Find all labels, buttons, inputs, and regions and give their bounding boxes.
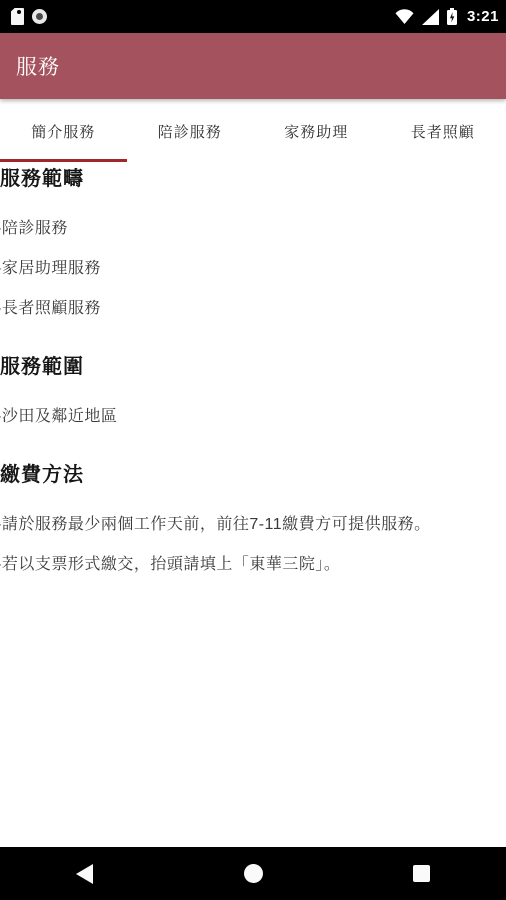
cell-signal-icon — [422, 9, 439, 25]
tab-label: 家務助理 — [284, 121, 348, 142]
tab-label: 長者照顧 — [411, 121, 475, 142]
note-notification-icon — [11, 8, 24, 25]
tab-label: 簡介服務 — [31, 121, 95, 142]
app-bar: 服務 — [0, 33, 506, 99]
list-item: -長者照顧服務 — [0, 299, 498, 318]
list-item: -陪診服務 — [0, 219, 498, 238]
section-heading: 繳費方法 — [0, 463, 498, 487]
tab-escort-services[interactable]: 陪診服務 — [127, 99, 254, 163]
status-bar-clock: 3:21 — [467, 8, 499, 25]
section-service-area: 服務範圍 -沙田及鄰近地區 — [0, 355, 498, 426]
app-screen: 3:21 服務 簡介服務 陪診服務 家務助理 長者照顧 服務範疇 -陪診服務 -… — [0, 0, 506, 900]
recents-button[interactable] — [337, 847, 506, 900]
back-icon — [76, 864, 93, 884]
wifi-icon — [395, 9, 414, 25]
list-item: -請於服務最少兩個工作天前，前往7-11繳費方可提供服務。 — [0, 515, 498, 534]
list-item: -若以支票形式繳交，抬頭請填上「東華三院」。 — [0, 555, 498, 574]
list-item: -沙田及鄰近地區 — [0, 407, 498, 426]
recents-icon — [413, 865, 430, 882]
tab-label: 陪診服務 — [158, 121, 222, 142]
tab-intro-services[interactable]: 簡介服務 — [0, 99, 127, 163]
tab-elderly-care[interactable]: 長者照顧 — [380, 99, 506, 163]
home-icon — [244, 864, 263, 883]
ring-notification-icon — [32, 9, 47, 24]
section-heading: 服務範圍 — [0, 355, 498, 379]
home-button[interactable] — [169, 847, 338, 900]
status-bar-system-icons: 3:21 — [395, 8, 499, 25]
status-bar: 3:21 — [0, 0, 506, 33]
section-heading: 服務範疇 — [0, 167, 498, 191]
tab-home-helper[interactable]: 家務助理 — [253, 99, 380, 163]
status-bar-notifications — [11, 8, 47, 25]
content-area: 服務範疇 -陪診服務 -家居助理服務 -長者照顧服務 服務範圍 -沙田及鄰近地區… — [0, 163, 506, 847]
tab-bar: 簡介服務 陪診服務 家務助理 長者照顧 — [0, 99, 506, 163]
android-nav-bar — [0, 847, 506, 900]
section-payment-method: 繳費方法 -請於服務最少兩個工作天前，前往7-11繳費方可提供服務。 -若以支票… — [0, 463, 498, 574]
list-item: -家居助理服務 — [0, 259, 498, 278]
back-button[interactable] — [0, 847, 169, 900]
section-service-scope: 服務範疇 -陪診服務 -家居助理服務 -長者照顧服務 — [0, 167, 498, 318]
battery-charging-icon — [447, 8, 457, 25]
page-title: 服務 — [16, 51, 60, 81]
